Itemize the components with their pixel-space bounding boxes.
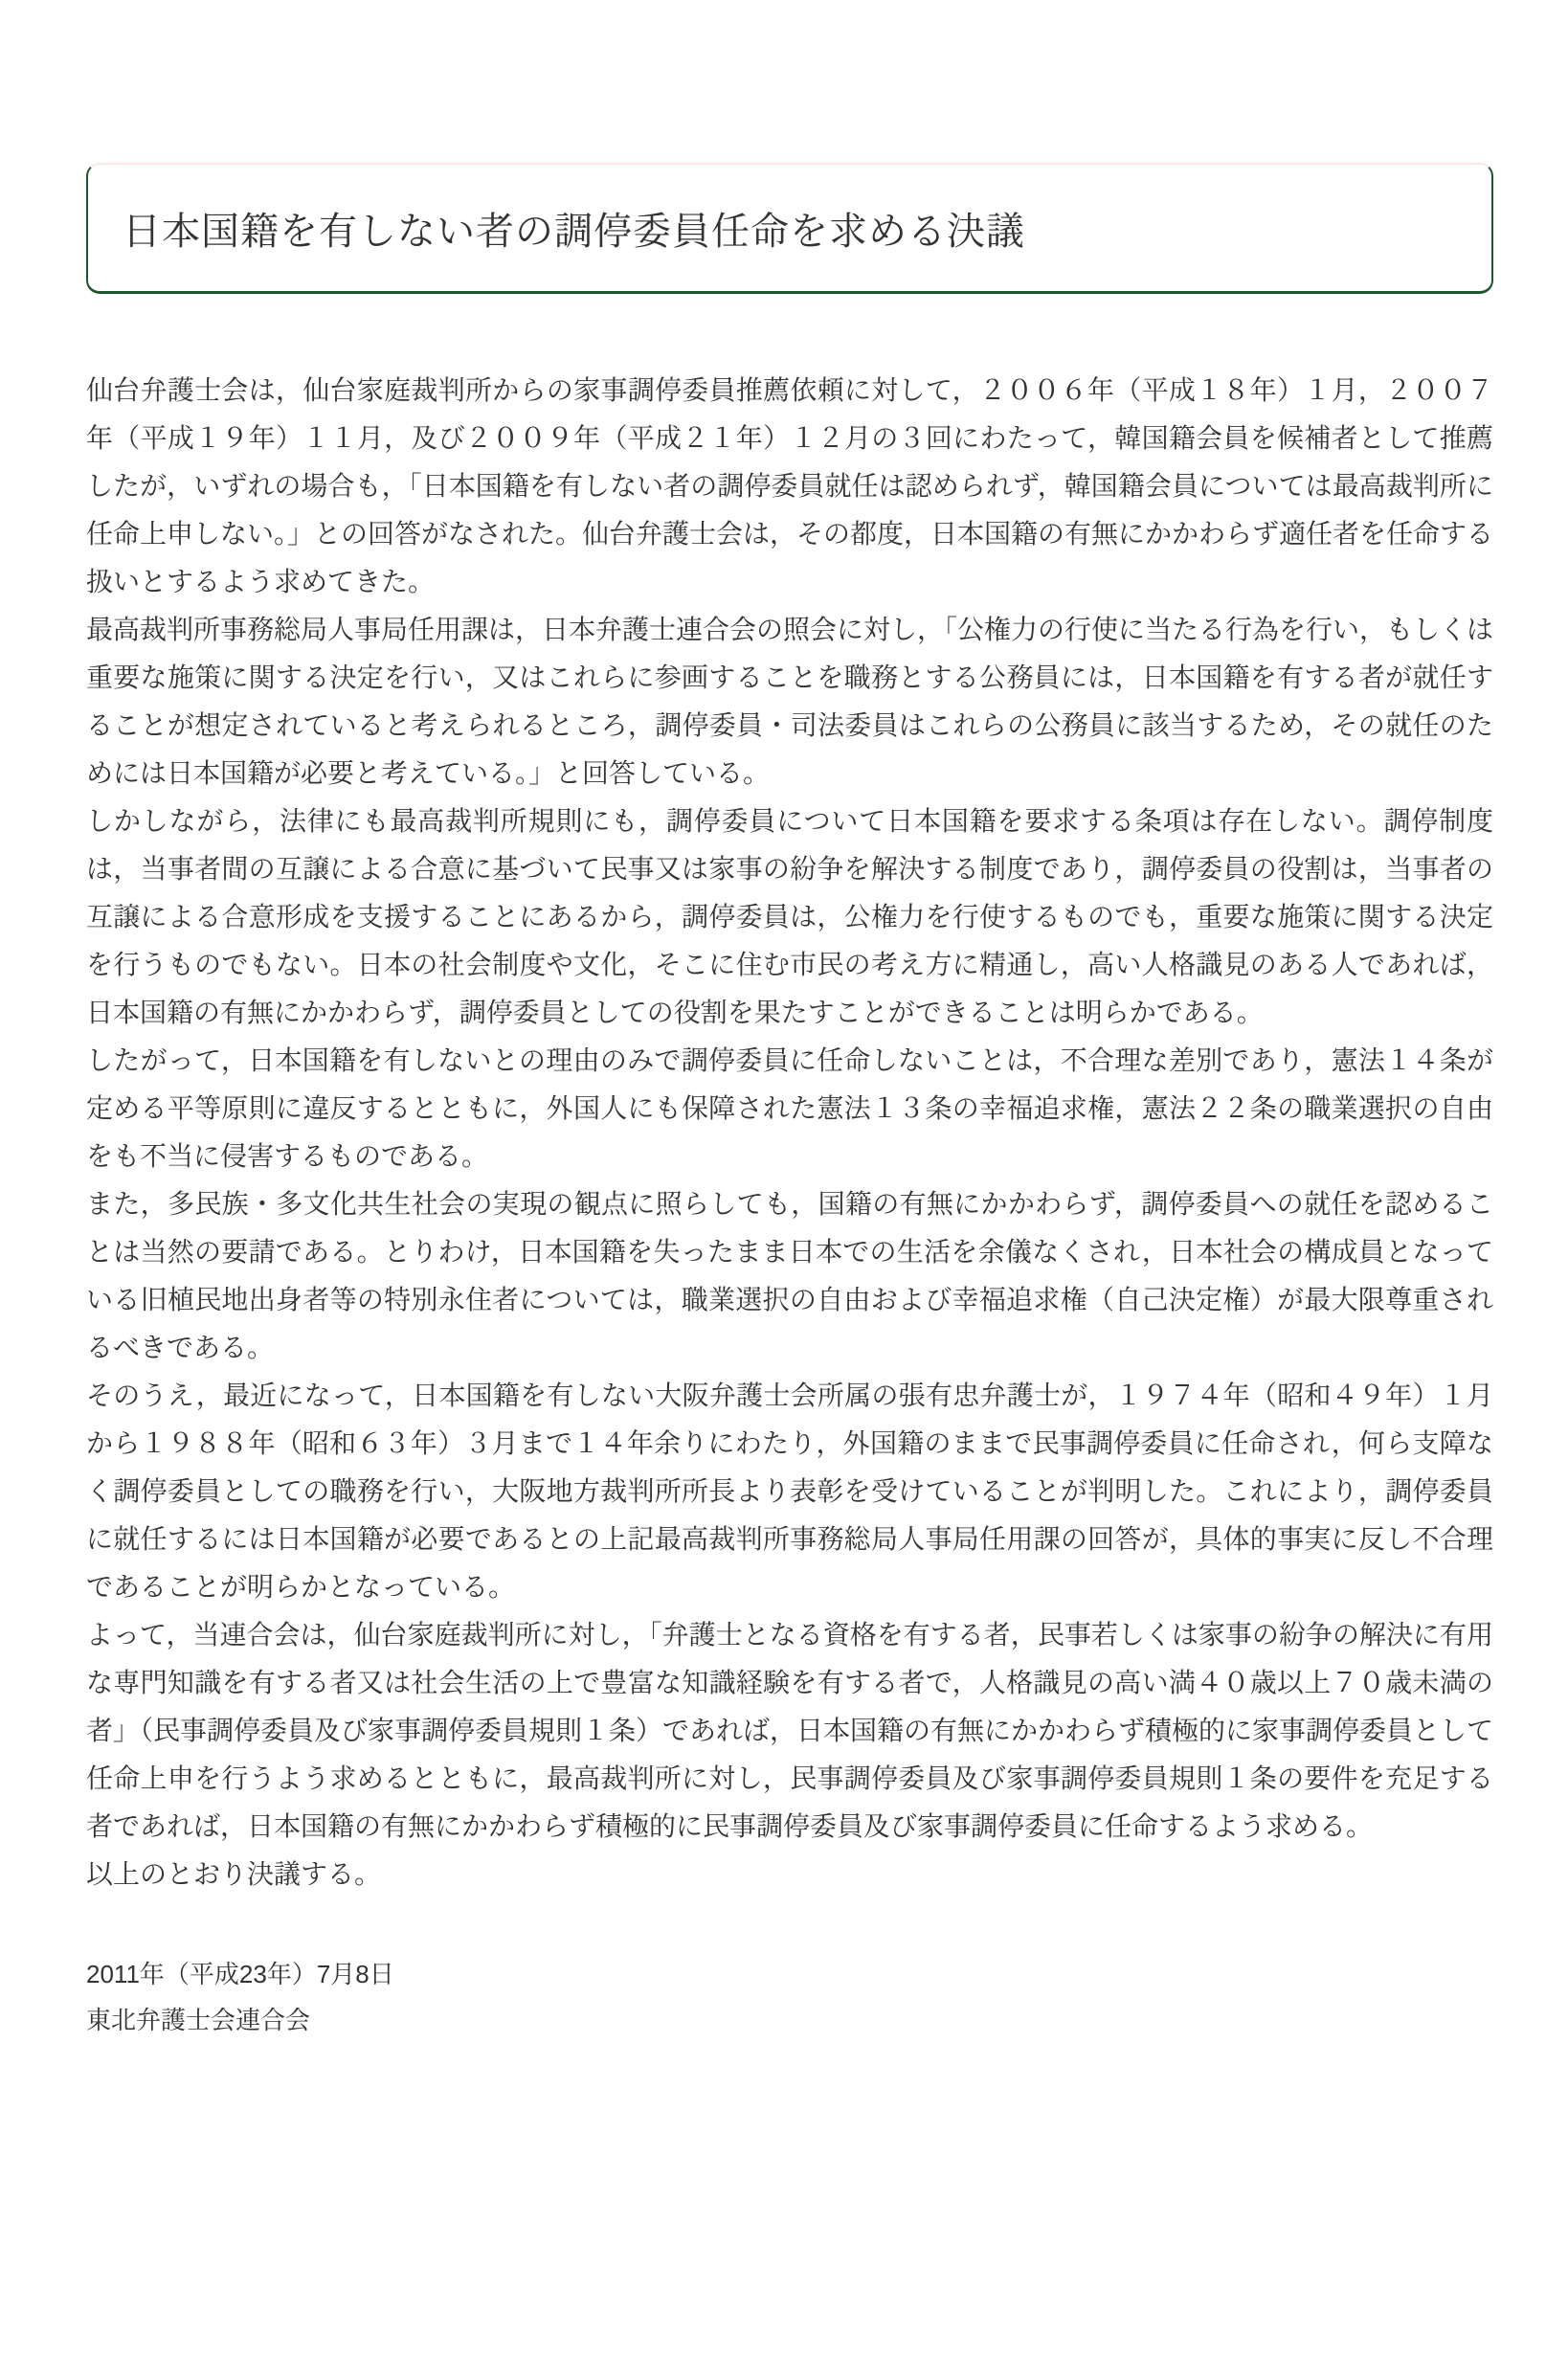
paragraph: しかしながら，法律にも最高裁判所規則にも，調停委員について日本国籍を要求する条項… bbox=[86, 797, 1493, 1037]
resolution-body: 仙台弁護士会は，仙台家庭裁判所からの家事調停委員推薦依頼に対して，２００６年（平… bbox=[86, 367, 1493, 1898]
paragraph: また，多民族・多文化共生社会の実現の観点に照らしても，国籍の有無にかかわらず，調… bbox=[86, 1180, 1493, 1372]
paragraph: 仙台弁護士会は，仙台家庭裁判所からの家事調停委員推薦依頼に対して，２００６年（平… bbox=[86, 367, 1493, 606]
resolution-title-box: 日本国籍を有しない者の調停委員任命を求める決議 bbox=[86, 163, 1493, 294]
paragraph: 以上のとおり決議する。 bbox=[86, 1851, 1493, 1898]
page: 日本国籍を有しない者の調停委員任命を求める決議 仙台弁護士会は，仙台家庭裁判所か… bbox=[0, 163, 1568, 2380]
paragraph: よって，当連合会は，仙台家庭裁判所に対し，「弁護士となる資格を有する者，民事若し… bbox=[86, 1611, 1493, 1851]
resolution-title: 日本国籍を有しない者の調停委員任命を求める決議 bbox=[123, 201, 1025, 256]
resolution-date: 2011年（平成23年）7月8日 bbox=[86, 1951, 1493, 1997]
paragraph: したがって，日本国籍を有しないとの理由のみで調停委員に任命しないことは，不合理な… bbox=[86, 1037, 1493, 1180]
paragraph: 最高裁判所事務総局人事局任用課は，日本弁護士連合会の照会に対し，「公権力の行使に… bbox=[86, 606, 1493, 797]
resolution-footer: 2011年（平成23年）7月8日 東北弁護士会連合会 bbox=[86, 1951, 1493, 2043]
paragraph: そのうえ，最近になって，日本国籍を有しない大阪弁護士会所属の張有忠弁護士が，１９… bbox=[86, 1372, 1493, 1611]
organization-name: 東北弁護士会連合会 bbox=[86, 1997, 1493, 2043]
